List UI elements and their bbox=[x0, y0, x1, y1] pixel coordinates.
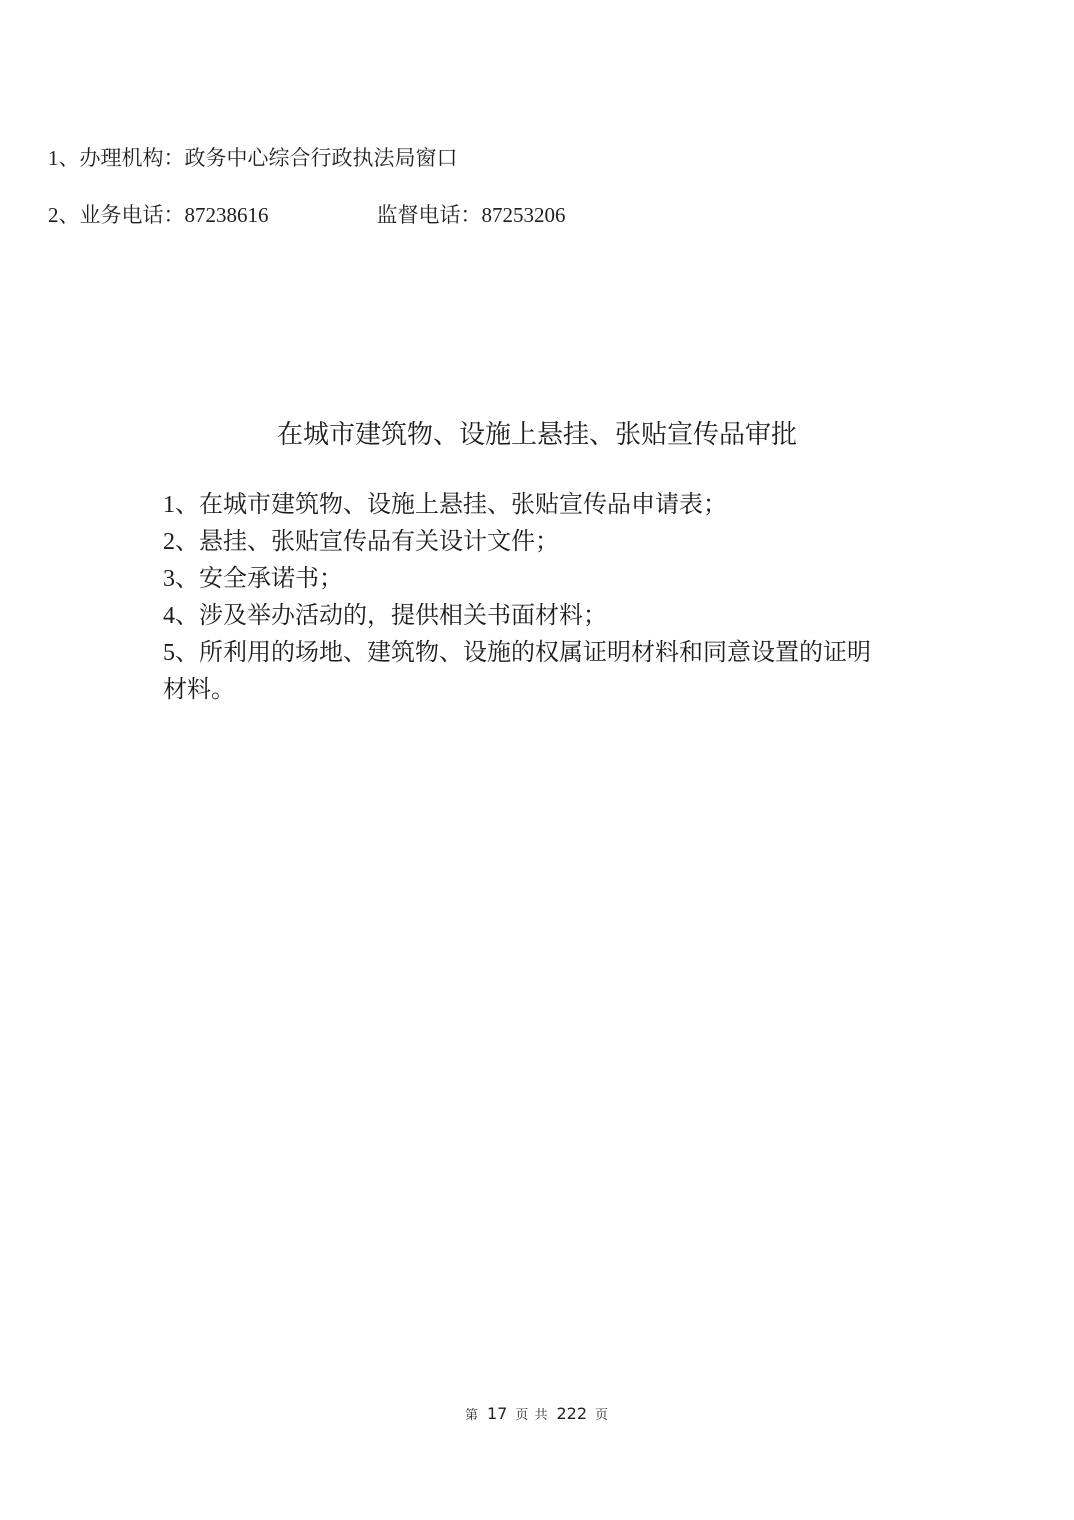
document-page: 1、办理机构：政务中心综合行政执法局窗口 2、业务电话：87238616监督电话… bbox=[0, 0, 1074, 1520]
footer-label-prefix: 第 bbox=[465, 1404, 479, 1423]
page-footer: 第 17 页 共 222 页 bbox=[0, 1404, 1074, 1423]
footer-current-page: 17 bbox=[487, 1404, 507, 1423]
footer-total-pages: 222 bbox=[556, 1404, 587, 1423]
list-item-3: 3、安全承诺书； bbox=[163, 561, 877, 598]
supervision-phone-label: 监督电话： bbox=[377, 203, 482, 227]
phone-column-gap bbox=[269, 221, 377, 222]
phone-line: 2、业务电话：87238616监督电话：87253206 bbox=[48, 203, 566, 227]
business-phone-label: 2、业务电话： bbox=[48, 203, 185, 227]
supervision-phone-number: 87253206 bbox=[482, 203, 566, 227]
business-phone-number: 87238616 bbox=[185, 203, 269, 227]
agency-line: 1、办理机构：政务中心综合行政执法局窗口 bbox=[48, 146, 458, 170]
page-title: 在城市建筑物、设施上悬挂、张贴宣传品审批 bbox=[0, 414, 1074, 451]
footer-label-middle: 页 共 bbox=[515, 1404, 548, 1423]
list-item-1: 1、在城市建筑物、设施上悬挂、张贴宣传品申请表； bbox=[163, 487, 877, 524]
list-item-5: 5、所利用的场地、建筑物、设施的权属证明材料和同意设置的证明材料。 bbox=[163, 635, 877, 709]
materials-list: 1、在城市建筑物、设施上悬挂、张贴宣传品申请表； 2、悬挂、张贴宣传品有关设计文… bbox=[163, 487, 877, 709]
list-item-2: 2、悬挂、张贴宣传品有关设计文件； bbox=[163, 524, 877, 561]
list-item-4: 4、涉及举办活动的，提供相关书面材料； bbox=[163, 598, 877, 635]
footer-label-suffix: 页 bbox=[595, 1404, 609, 1423]
